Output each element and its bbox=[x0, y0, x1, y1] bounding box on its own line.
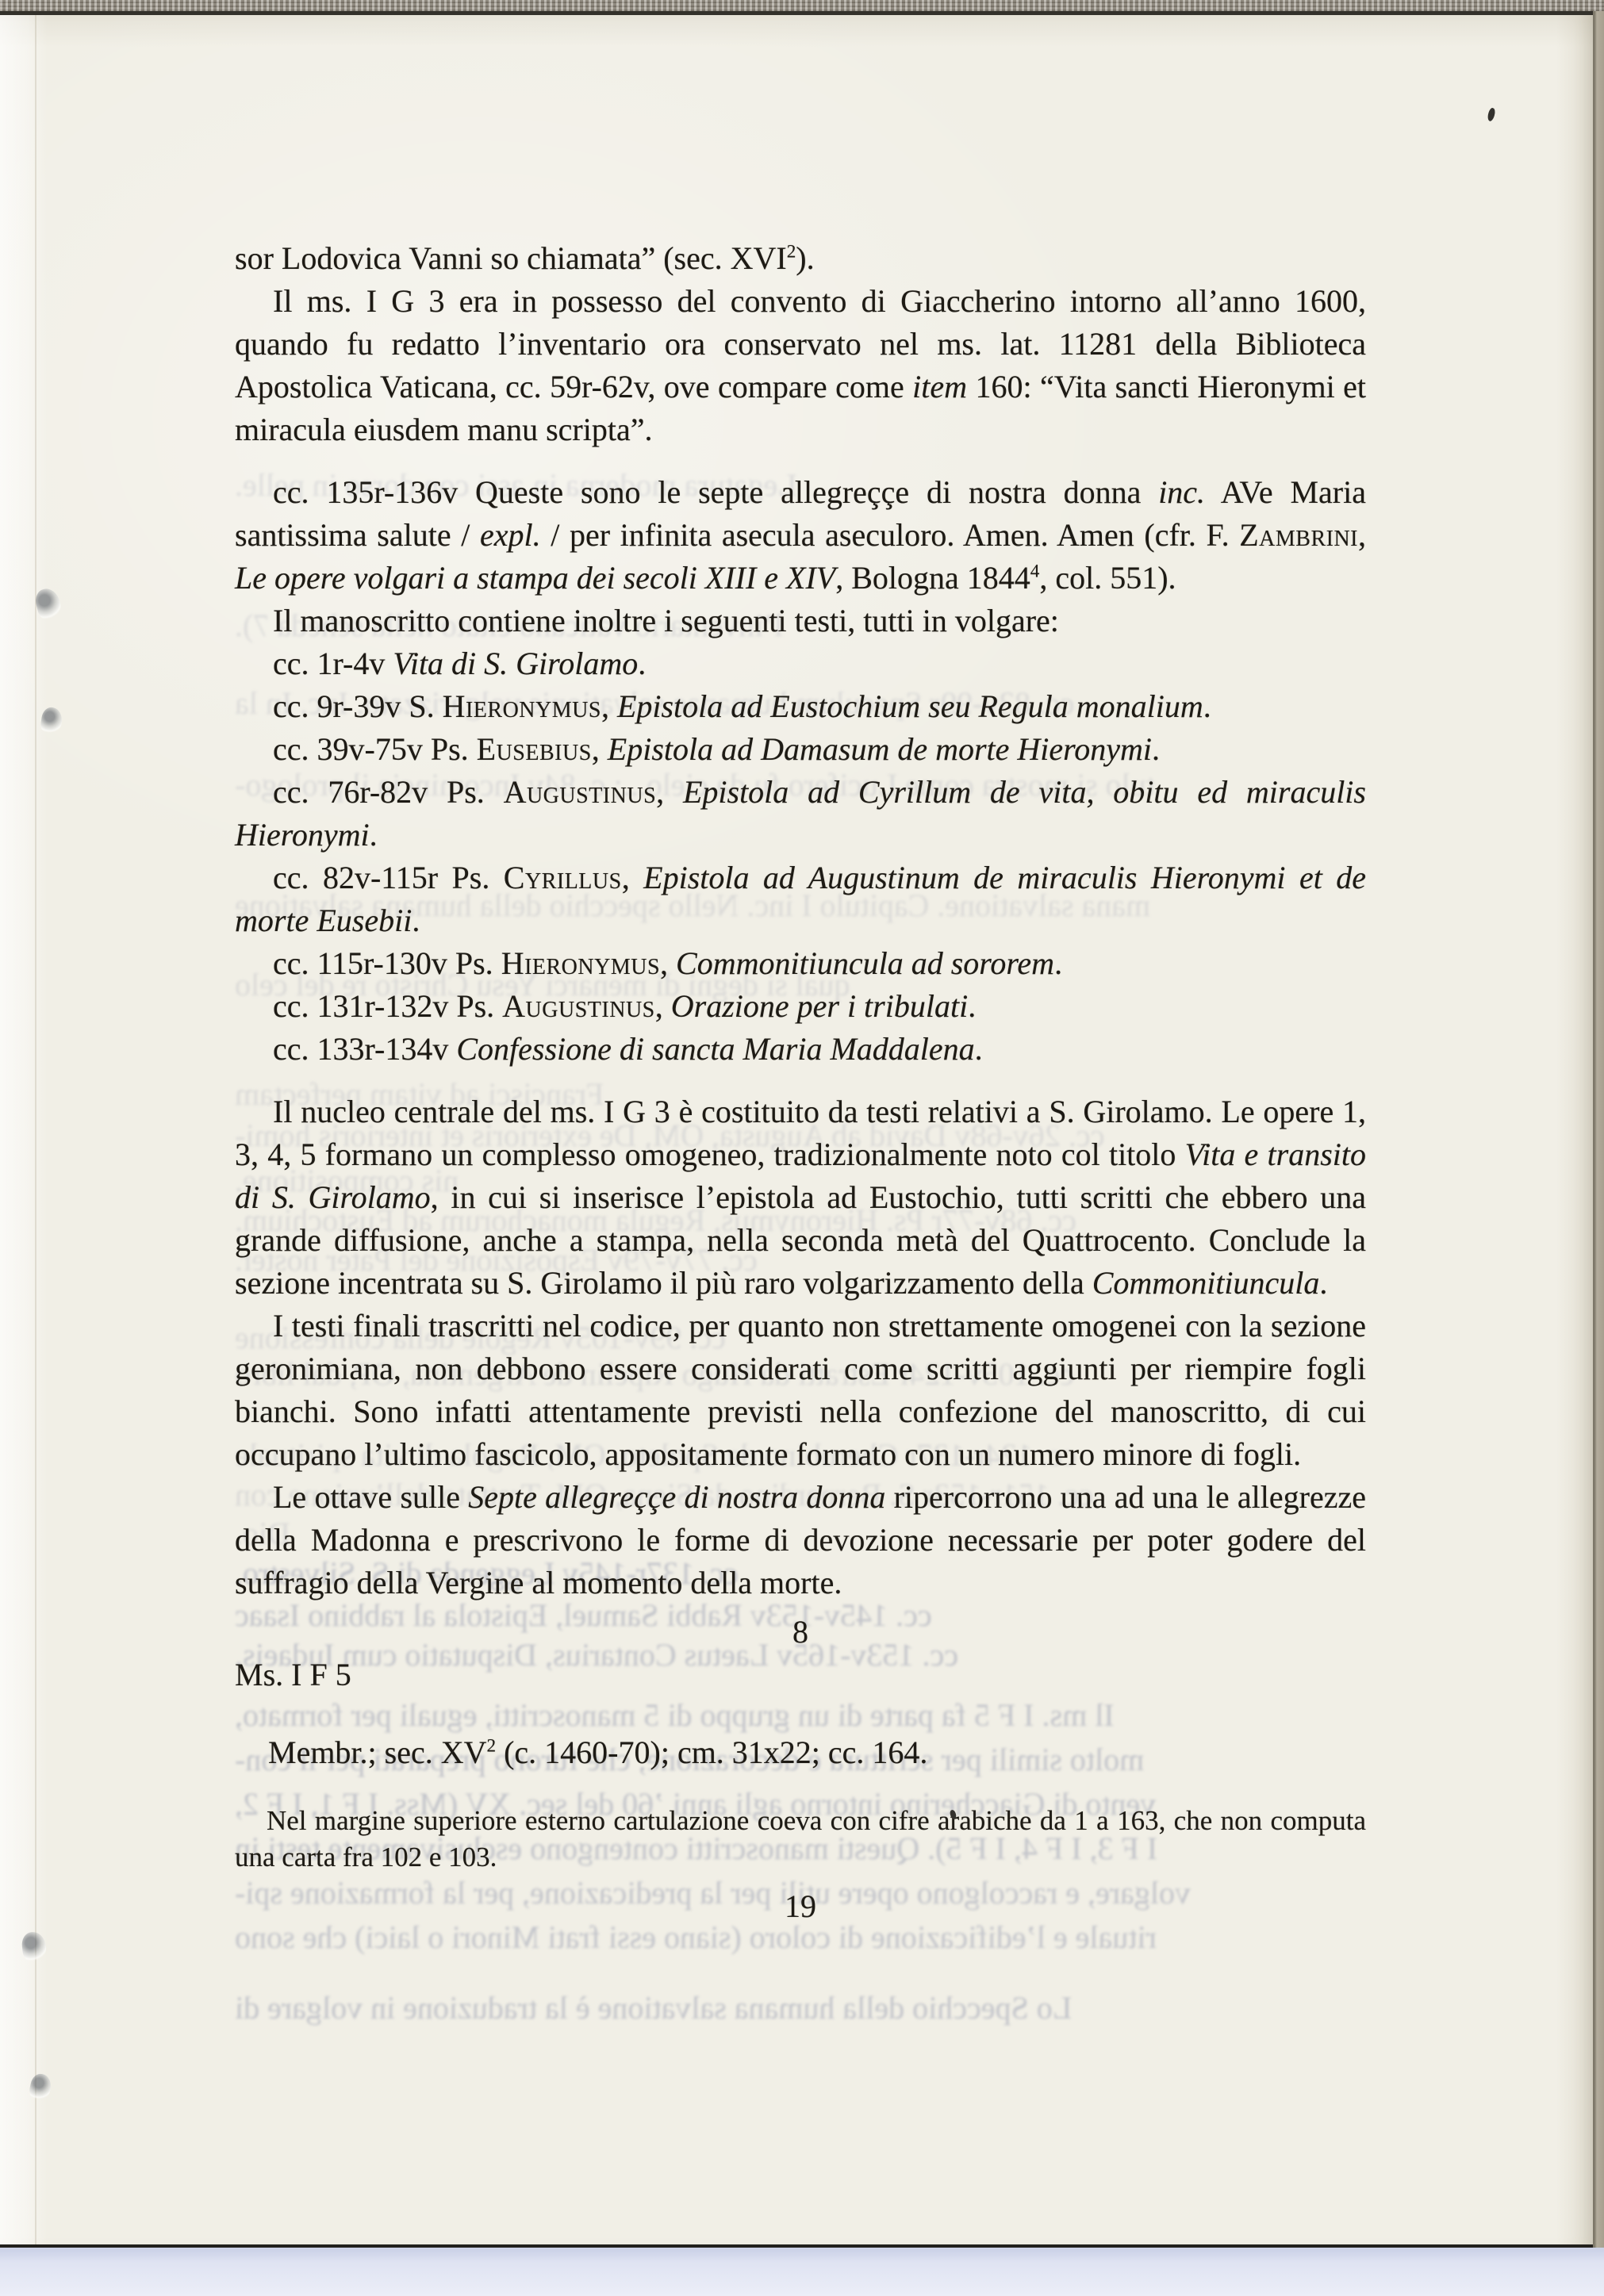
footnote: Nel margine superiore esterno cartulazio… bbox=[235, 1803, 1366, 1876]
paragraph-provenance: Il ms. I G 3 era in possesso del convent… bbox=[235, 280, 1366, 451]
content-item-7: cc. 131r-132v Ps. Augustinus, Orazione p… bbox=[235, 985, 1366, 1028]
paragraph-nucleo-centrale: Il nucleo centrale del ms. I G 3 è costi… bbox=[235, 1091, 1366, 1305]
paragraph-ottave: Le ottave sulle Septe allegreççe di nost… bbox=[235, 1476, 1366, 1604]
paragraph-testi-finali: I testi finali trascritti nel codice, pe… bbox=[235, 1305, 1366, 1476]
binding-cloth-edge bbox=[0, 0, 1604, 15]
show-through-line: Lo Specchio della humana salvatione è la… bbox=[235, 1987, 1366, 2030]
paragraph-allegrezze: cc. 135r-136v Queste sono le septe alleg… bbox=[235, 471, 1366, 600]
content-item-1: cc. 1r-4v Vita di S. Girolamo. bbox=[235, 642, 1366, 685]
scanned-book-page: Legatura moderna in assi con dorso in pe… bbox=[0, 0, 1604, 2296]
section-number: 8 bbox=[235, 1611, 1366, 1654]
page-paper: Legatura moderna in assi con dorso in pe… bbox=[0, 15, 1593, 2248]
page-number: 19 bbox=[235, 1885, 1366, 1928]
book-page-edges bbox=[1593, 11, 1604, 2248]
ms-entry-heading: Ms. I F 5 bbox=[235, 1654, 1366, 1696]
content-item-8: cc. 133r-134v Confessione di sancta Mari… bbox=[235, 1028, 1366, 1071]
content-item-4: cc. 76r-82v Ps. Augustinus, Epistola ad … bbox=[235, 771, 1366, 857]
content-item-2: cc. 9r-39v S. Hieronymus, Epistola ad Eu… bbox=[235, 685, 1366, 728]
paragraph-contents-intro: Il manoscritto contiene inoltre i seguen… bbox=[235, 600, 1366, 642]
printed-text-block: sor Lodovica Vanni so chiamata” (sec. XV… bbox=[235, 237, 1366, 1928]
content-item-5: cc. 82v-115r Ps. Cyrillus, Epistola ad A… bbox=[235, 857, 1366, 942]
collation-line: Membr.; sec. XV2 (c. 1460-70); cm. 31x22… bbox=[235, 1731, 1366, 1774]
content-item-3: cc. 39v-75v Ps. Eusebius, Epistola ad Da… bbox=[235, 728, 1366, 771]
scanner-bed-background bbox=[0, 2248, 1604, 2296]
content-item-6: cc. 115r-130v Ps. Hieronymus, Commonitiu… bbox=[235, 942, 1366, 985]
paragraph-continuation: sor Lodovica Vanni so chiamata” (sec. XV… bbox=[235, 237, 1366, 280]
